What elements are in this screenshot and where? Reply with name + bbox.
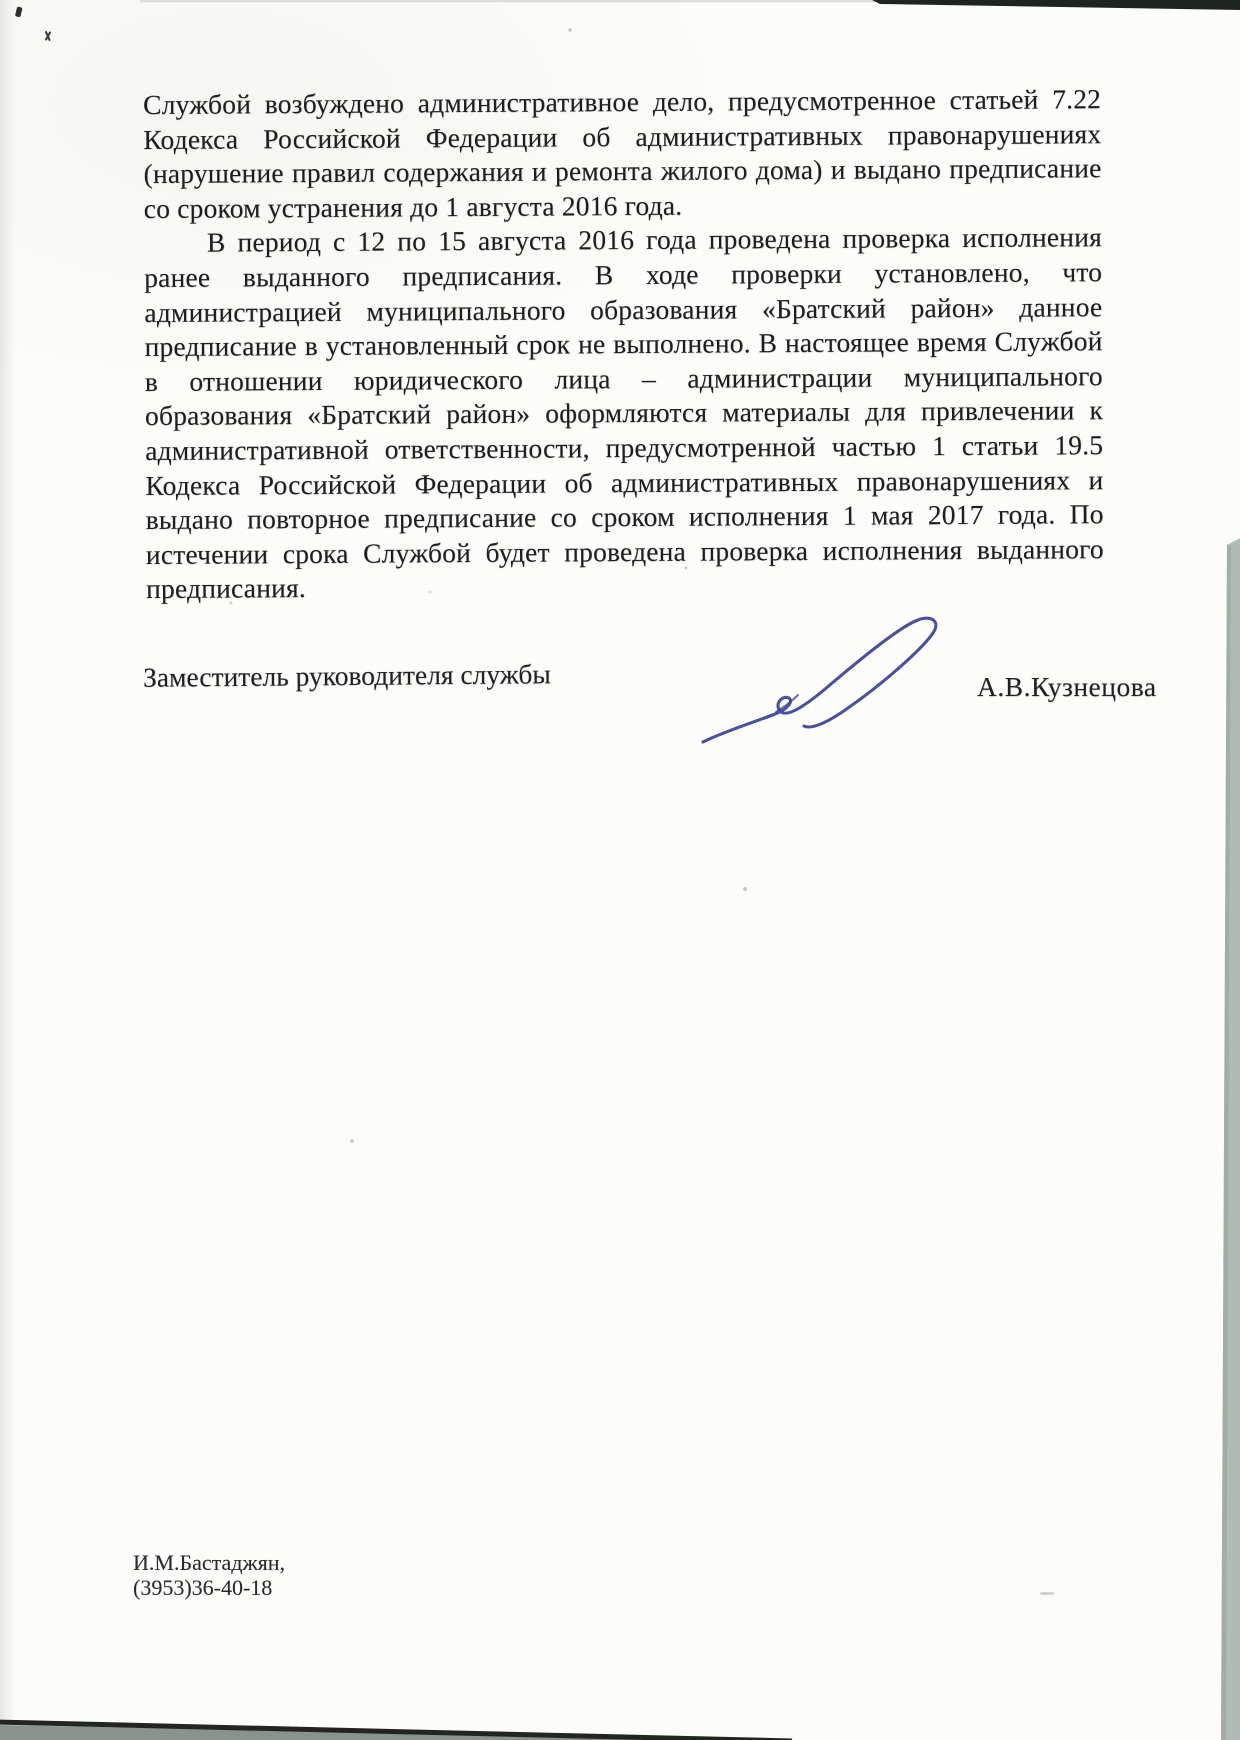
- text-line: со сроком устранения до 1 августа 2016 г…: [144, 186, 1102, 226]
- text-line: администрацией муниципального образовани…: [144, 290, 1102, 330]
- text-line: административной ответственности, предус…: [145, 428, 1103, 468]
- text-line: Службой возбуждено административное дело…: [143, 82, 1101, 122]
- text-line: В период с 12 по 15 августа 2016 года пр…: [144, 221, 1102, 261]
- signatory-name: А.В.Кузнецова: [977, 671, 1157, 703]
- text-line: в отношении юридического лица – админист…: [145, 359, 1103, 399]
- text-line: Кодекса Российской Федерации об админист…: [143, 117, 1101, 157]
- signatory-title: Заместитель руководителя службы: [143, 658, 551, 694]
- body-text: Службой возбуждено административное дело…: [143, 82, 1104, 607]
- text-line: предписания.: [146, 566, 1104, 606]
- executor-contact: И.М.Бастаджян, (3953)36-40-18: [133, 1551, 285, 1600]
- executor-name: И.М.Бастаджян,: [133, 1551, 285, 1576]
- text-line: предписание в установленный срок не выпо…: [144, 324, 1102, 364]
- text-line: (нарушение правил содержания и ремонта ж…: [143, 151, 1101, 191]
- text-line: образования «Братский район» оформляются…: [145, 393, 1103, 433]
- scanned-document-page: Службой возбуждено административное дело…: [0, 0, 1240, 1740]
- text-line: Кодекса Российской Федерации об админист…: [145, 463, 1103, 503]
- executor-phone: (3953)36-40-18: [133, 1576, 285, 1601]
- text-line: истечении срока Службой будет проведена …: [146, 532, 1104, 572]
- text-line: выдано повторное предписание со сроком и…: [146, 497, 1104, 537]
- text-line: ранее выданного предписания. В ходе пров…: [144, 255, 1102, 295]
